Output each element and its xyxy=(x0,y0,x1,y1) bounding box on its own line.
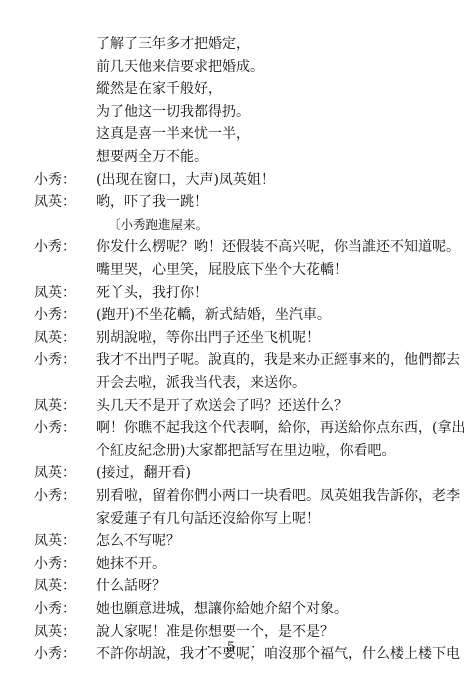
line-text: (出现在窗口，大声)凤英姐！ xyxy=(96,169,275,191)
line-text: 这真是喜一半来忧一半， xyxy=(96,123,250,145)
speaker-label: 小秀： xyxy=(34,304,94,326)
line-text: 她也願意进城，想讓你給她介紹个对象。 xyxy=(96,598,348,620)
page-number: · 5 · xyxy=(0,640,468,655)
line-text: 了解了三年多才把婚定， xyxy=(96,33,250,55)
line-text: 啊！你瞧不起我这个代表啊，給你，再送給你点东西，(拿出 xyxy=(96,417,465,439)
line-text: 〔小秀跑進屋来。 xyxy=(108,214,208,236)
line-text: 死丫头，我打你！ xyxy=(96,282,208,304)
speaker-label: 凤英： xyxy=(34,575,94,597)
speaker-label: 小秀： xyxy=(34,236,94,258)
speaker-label: 小秀： xyxy=(34,349,94,371)
line-text: 别胡說啦，等你出門子还坐飞机呢！ xyxy=(96,327,320,349)
speaker-label: 小秀： xyxy=(34,598,94,620)
line-text: 开会去啦，派我当代表，来送你。 xyxy=(96,372,306,394)
speaker-label: 凤英： xyxy=(34,327,94,349)
line-text: 头几天不是开了欢送会了吗？还送什么？ xyxy=(96,395,348,417)
line-text: 家爱蓮子有几句話还沒給你写上呢！ xyxy=(96,508,320,530)
line-text: 什么話呀？ xyxy=(96,575,166,597)
line-text: 縱然是在家千般好， xyxy=(96,78,222,100)
speaker-label: 小秀： xyxy=(34,485,94,507)
line-text: (接过，翻开看) xyxy=(96,462,191,484)
document-page: 了解了三年多才把婚定，前几天他来信要求把婚成。縱然是在家千般好，为了他这一切我都… xyxy=(0,0,468,690)
line-text: 为了他这一切我都得扔。 xyxy=(96,101,250,123)
line-text: 怎么不写呢？ xyxy=(96,530,180,552)
line-text: 我才不出門子呢。說真的，我是来办正經事来的，他們都去 xyxy=(96,349,460,371)
speaker-label: 凤英： xyxy=(34,191,94,213)
speaker-label: 凤英： xyxy=(34,530,94,552)
line-text: 哟，吓了我一跳！ xyxy=(96,191,208,213)
speaker-label: 凤英： xyxy=(34,462,94,484)
speaker-label: 凤英： xyxy=(34,395,94,417)
speaker-label: 小秀： xyxy=(34,553,94,575)
line-text: 前几天他来信要求把婚成。 xyxy=(96,56,264,78)
speaker-label: 小秀： xyxy=(34,417,94,439)
line-text: 别看啦，留着你們小两口一块看吧。凤英姐我告訴你，老李 xyxy=(96,485,460,507)
line-text: 嘴里哭，心里笑，屁股底下坐个大花轎！ xyxy=(96,259,348,281)
line-text: 你发什么楞呢？哟！还假装不高兴呢，你当誰还不知道呢。 xyxy=(96,236,460,258)
line-text: (跑开)不坐花轎，新式結婚，坐汽車。 xyxy=(96,304,331,326)
line-text: 个紅皮紀念册)大家都把話写在里边啦，你看吧。 xyxy=(96,440,395,462)
speaker-label: 凤英： xyxy=(34,282,94,304)
line-text: 她抹不开。 xyxy=(96,553,166,575)
speaker-label: 小秀： xyxy=(34,169,94,191)
line-text: 想要两全万不能。 xyxy=(96,146,208,168)
